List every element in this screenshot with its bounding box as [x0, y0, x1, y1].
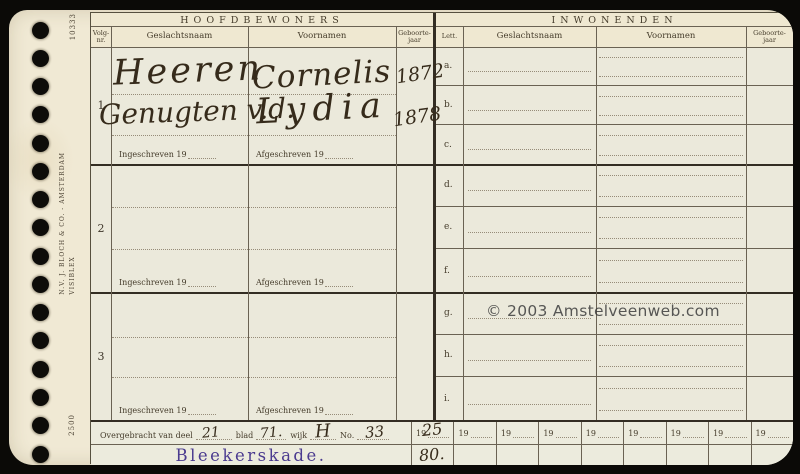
- blad-label: blad: [236, 431, 254, 440]
- ingeschreven-text: Ingeschreven 19: [119, 278, 187, 287]
- inwonende-row-a: a.: [436, 47, 793, 86]
- binding-strip: 10333 N.V. J. BLOCH & CO. - AMSTERDAM VI…: [9, 10, 90, 465]
- handwritten-firstname-2: Lydia: [255, 86, 389, 133]
- dotted-leader: [325, 407, 353, 415]
- punch-hole: [32, 219, 49, 236]
- watermark: © 2003 Amstelveenweb.com: [486, 302, 720, 320]
- blank-cell: [539, 445, 581, 465]
- inwonende-row-c: c.: [436, 125, 793, 164]
- year-prefix: 19: [756, 429, 766, 438]
- blank-cell: 80.: [412, 445, 454, 465]
- blad-field: 71.: [256, 431, 286, 440]
- punch-hole: [32, 248, 49, 265]
- lett-cell: d.: [436, 164, 463, 206]
- year-cell: 19: [582, 422, 624, 444]
- dotted-leader: [471, 436, 492, 438]
- geslachtsnaam-cell: [463, 47, 596, 85]
- lett-cell: g.: [436, 292, 463, 334]
- column-header-text: Lett.: [442, 33, 457, 40]
- dotted-leader: [188, 279, 216, 287]
- resident-block-3: 3 Ingeschreven 19 Afgeschreven 19: [91, 292, 433, 420]
- blank-cell: [624, 445, 666, 465]
- punch-hole: [32, 276, 49, 293]
- year-prefix: 19: [501, 429, 511, 438]
- inwonende-row-i: i.: [436, 377, 793, 420]
- ingeschreven-label: Ingeschreven 19: [119, 406, 216, 415]
- punch-hole: [32, 50, 49, 67]
- inwonende-row-h: h.: [436, 335, 793, 378]
- voornamen-cell: [596, 164, 746, 206]
- punch-hole: [32, 78, 49, 95]
- afgeschreven-text: Afgeschreven 19: [256, 150, 324, 159]
- ingeschreven-text: Ingeschreven 19: [119, 150, 187, 159]
- column-header-voornamen-right: Voornamen: [596, 27, 746, 47]
- blank-cells-row: 80.: [412, 444, 793, 465]
- punch-hole: [32, 304, 49, 321]
- geboortejaar-cell: [746, 86, 793, 124]
- lett-cell: i.: [436, 377, 463, 420]
- year-cell: 1925: [412, 422, 454, 444]
- printer-brand: VISIBLEX: [69, 152, 76, 295]
- printer-imprint: N.V. J. BLOCH & CO. - AMSTERDAM VISIBLEX: [59, 152, 76, 295]
- handwritten-surname-1: Heeren: [112, 48, 263, 93]
- geboortejaar-cell: [746, 125, 793, 164]
- column-header-text: Voornamen: [298, 32, 347, 41]
- row-letter: d.: [444, 180, 453, 190]
- afgeschreven-text: Afgeschreven 19: [256, 278, 324, 287]
- column-header-lett: Lett.: [436, 27, 463, 47]
- voornamen-cell: [596, 86, 746, 124]
- year-cell: 19: [752, 422, 793, 444]
- wijk-label: wijk: [290, 431, 307, 440]
- year-value: 25: [421, 419, 443, 440]
- print-run-number: 2500: [68, 414, 76, 436]
- column-header-text: Geslachtsnaam: [497, 32, 563, 41]
- afgeschreven-label: Afgeschreven 19: [256, 406, 353, 415]
- lett-cell: f.: [436, 249, 463, 292]
- overgebracht-label: Overgebracht van deel: [100, 431, 193, 440]
- column-header-geboortejaar-right: Geboorte- jaar: [746, 27, 793, 47]
- deel-field: 21: [196, 431, 232, 440]
- year-cell: 19: [454, 422, 496, 444]
- inwonende-row-e: e.: [436, 207, 793, 250]
- voornamen-cell: [596, 377, 746, 420]
- row-letter: g.: [444, 308, 453, 318]
- no-field: 33: [357, 431, 389, 440]
- year-prefix: 19: [586, 429, 596, 438]
- transfer-footer: Overgebracht van deel 21 blad 71. wijk H…: [91, 420, 793, 465]
- transfer-line: Overgebracht van deel 21 blad 71. wijk H…: [91, 422, 412, 444]
- year-prefix: 19: [671, 429, 681, 438]
- inwonende-row-d: d.: [436, 164, 793, 207]
- dotted-leader: [768, 436, 789, 438]
- column-header-geslachtsnaam-right: Geslachtsnaam: [463, 27, 596, 47]
- geslachtsnaam-cell: [463, 125, 596, 164]
- geslachtsnaam-cell: [463, 207, 596, 249]
- wijk-value: H: [314, 420, 331, 442]
- year-prefix: 19: [628, 429, 638, 438]
- house-number-value: 80.: [418, 444, 445, 465]
- geboortejaar-cell: [746, 377, 793, 420]
- punch-hole: [32, 332, 49, 349]
- punch-hole: [32, 135, 49, 152]
- printer-company: N.V. J. BLOCH & CO. - AMSTERDAM: [59, 152, 66, 295]
- blank-cell: [454, 445, 496, 465]
- column-header-text: Voornamen: [647, 32, 696, 41]
- geboortejaar-cell: [746, 249, 793, 292]
- dotted-leader: [556, 436, 577, 438]
- dotted-leader: [188, 407, 216, 415]
- row-letter: i.: [444, 394, 450, 404]
- year-cell: 19: [624, 422, 666, 444]
- year-prefix: 19: [458, 429, 468, 438]
- punch-hole: [32, 22, 49, 39]
- afgeschreven-label: Afgeschreven 19: [256, 278, 353, 287]
- blank-cell: [497, 445, 539, 465]
- row-letter: h.: [444, 350, 453, 360]
- column-header-text: jaar: [763, 37, 776, 44]
- blank-cell: [582, 445, 624, 465]
- inwonende-row-b: b.: [436, 86, 793, 125]
- volgnr-value: 3: [91, 292, 111, 420]
- geslachtsnaam-cell: [463, 335, 596, 377]
- year-prefix: 19: [543, 429, 553, 438]
- lett-cell: h.: [436, 335, 463, 377]
- year-cell: 19: [497, 422, 539, 444]
- year-cell: 19: [709, 422, 751, 444]
- geboortejaar-cell: [746, 207, 793, 249]
- deel-value: 21: [201, 424, 220, 441]
- register-card: 10333 N.V. J. BLOCH & CO. - AMSTERDAM VI…: [9, 10, 793, 465]
- street-name-stamp: Bleekerskade.: [176, 446, 327, 465]
- ingeschreven-label: Ingeschreven 19: [119, 150, 216, 159]
- punch-hole: [32, 191, 49, 208]
- inwonende-row-f: f.: [436, 249, 793, 292]
- geboortejaar-cell: [746, 164, 793, 206]
- no-label: No.: [340, 431, 354, 440]
- row-letter: b.: [444, 100, 453, 110]
- geslachtsnaam-cell: [463, 249, 596, 292]
- row-letter: a.: [444, 61, 452, 71]
- dotted-leader: [640, 436, 661, 438]
- geslachtsnaam-cell: [463, 164, 596, 206]
- row-letter: f.: [444, 266, 450, 276]
- scanned-register-card: 10333 N.V. J. BLOCH & CO. - AMSTERDAM VI…: [0, 0, 800, 474]
- lett-cell: c.: [436, 125, 463, 164]
- dotted-leader: [188, 151, 216, 159]
- column-header-volgnr: Volg- nr.: [91, 27, 111, 47]
- year-cell: 19: [667, 422, 709, 444]
- register-table: HOOFDBEWONERS INWONENDEN Volg- nr. Gesla…: [90, 12, 793, 464]
- column-header-geslachtsnaam-left: Geslachtsnaam: [111, 27, 248, 47]
- no-value: 33: [365, 422, 386, 442]
- dotted-leader: [683, 436, 704, 438]
- inwonenden-rows: a. b. c. d. e. f. g. h. i.: [436, 47, 793, 420]
- geslachtsnaam-cell: [463, 377, 596, 420]
- ingeschreven-label: Ingeschreven 19: [119, 278, 216, 287]
- geslachtsnaam-cell: [463, 86, 596, 124]
- street-stamp-cell: Bleekerskade.: [91, 444, 412, 465]
- section-title-inwonenden: INWONENDEN: [436, 14, 793, 26]
- section-title-hoofdbewoners: HOOFDBEWONERS: [91, 14, 433, 26]
- form-serial-number: 10333: [69, 13, 77, 40]
- volgnr-value: 2: [91, 164, 111, 292]
- year-prefix: 19: [713, 429, 723, 438]
- blank-cell: [752, 445, 793, 465]
- punch-hole: [32, 446, 49, 463]
- voornamen-cell: [596, 249, 746, 292]
- voornamen-cell: [596, 47, 746, 85]
- wijk-field: H: [310, 431, 336, 440]
- blank-cell: [667, 445, 709, 465]
- punch-hole: [32, 389, 49, 406]
- geboortejaar-cell: [746, 47, 793, 85]
- afgeschreven-text: Afgeschreven 19: [256, 406, 324, 415]
- dotted-leader: [325, 279, 353, 287]
- column-header-text: nr.: [97, 37, 106, 44]
- column-header-voornamen-left: Voornamen: [248, 27, 396, 47]
- dotted-leader: [725, 436, 746, 438]
- afgeschreven-label: Afgeschreven 19: [256, 150, 353, 159]
- dotted-leader: [513, 436, 534, 438]
- dotted-leader: [598, 436, 619, 438]
- blad-value: 71.: [260, 424, 284, 442]
- row-letter: c.: [444, 140, 452, 150]
- voornamen-cell: [596, 207, 746, 249]
- punch-hole: [32, 163, 49, 180]
- geboortejaar-cell: [746, 335, 793, 377]
- year-cells-row: 1925 19 19 19 19 19 19 19 19: [412, 422, 793, 444]
- voornamen-cell: [596, 125, 746, 164]
- ingeschreven-text: Ingeschreven 19: [119, 406, 187, 415]
- geboortejaar-cell: [746, 292, 793, 334]
- blank-cell: [709, 445, 751, 465]
- punch-hole: [32, 106, 49, 123]
- column-header-text: Geslachtsnaam: [147, 32, 213, 41]
- year-cell: 19: [539, 422, 581, 444]
- column-header-text: jaar: [408, 37, 421, 44]
- row-letter: e.: [444, 222, 452, 232]
- lett-cell: e.: [436, 207, 463, 249]
- column-header-geboortejaar-left: Geboorte- jaar: [396, 27, 433, 47]
- punch-hole: [32, 361, 49, 378]
- voornamen-cell: [596, 335, 746, 377]
- resident-block-2: 2 Ingeschreven 19 Afgeschreven 19: [91, 164, 433, 292]
- dotted-leader: [325, 151, 353, 159]
- punch-hole: [32, 417, 49, 434]
